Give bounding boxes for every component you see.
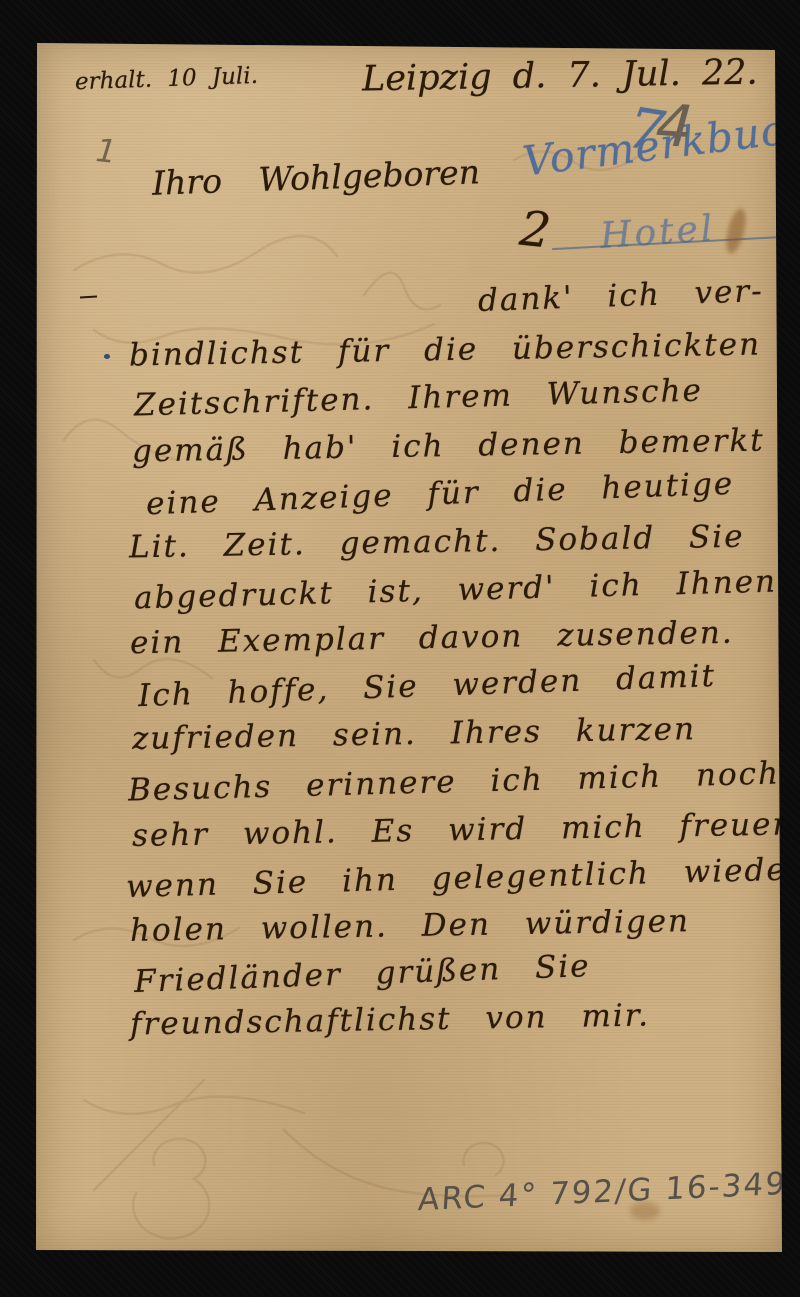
dateline: Leipzig d. 7. Jul. 22.: [362, 53, 758, 100]
handwriting-line: Ich hoffe, Sie werden damit: [138, 658, 717, 714]
handwriting-line: holen wollen. Den würdigen: [130, 903, 691, 949]
scan-background: { "scan": { "background_color": "#0b0b0b…: [0, 0, 800, 1297]
brown-smudge: [630, 1202, 660, 1220]
margin-dash: [80, 296, 97, 299]
handwriting-line: dank' ich ver-: [477, 273, 764, 319]
handwriting-line: sehr wohl. Es wird mich freuen,: [132, 806, 800, 854]
handwriting-line: eine Anzeige für die heutige: [146, 466, 735, 523]
pencil-number: 4: [654, 91, 696, 161]
handwriting-line: Lit. Zeit. gemacht. Sobald Sie: [129, 519, 745, 566]
handwriting-line: Zeitschriften. Ihrem Wunsche: [134, 373, 704, 424]
salutation: Ihro Wohlgeboren: [151, 152, 480, 202]
handwriting-line: ein Exemplar davon zusenden.: [130, 615, 734, 662]
ink-blot: [723, 207, 750, 256]
letter-page: erhalt. 10 Juli. 1 Leipzig d. 7. Jul. 22…: [34, 40, 783, 1255]
handwriting-line: abgedruckt ist, werd' ich Ihnen: [134, 564, 778, 617]
flourish-mark: 2: [517, 201, 553, 260]
handwriting-line: gemäß hab' ich denen bemerkt: [132, 422, 765, 469]
handwriting-line: Besuchs erinnere ich mich noch: [128, 755, 781, 808]
handwriting-line: bindlichst für die überschickten: [129, 326, 762, 373]
handwriting-line: wenn Sie ihn gelegentlich wieder-: [126, 851, 800, 905]
blue-pencil-note-struck: Hotel: [599, 208, 717, 257]
received-note: erhalt. 10 Juli.: [75, 63, 259, 95]
handwriting-line: freundschaftlichst von mir.: [130, 997, 651, 1042]
blue-speck: [104, 354, 110, 359]
handwriting-line: Friedländer grüßen Sie: [134, 948, 592, 1000]
handwriting-line: zufrieden sein. Ihres kurzen: [132, 711, 697, 757]
catalog-number: ARC 4° 792/G 16-349: [417, 1166, 788, 1218]
page-number: 1: [94, 131, 118, 171]
